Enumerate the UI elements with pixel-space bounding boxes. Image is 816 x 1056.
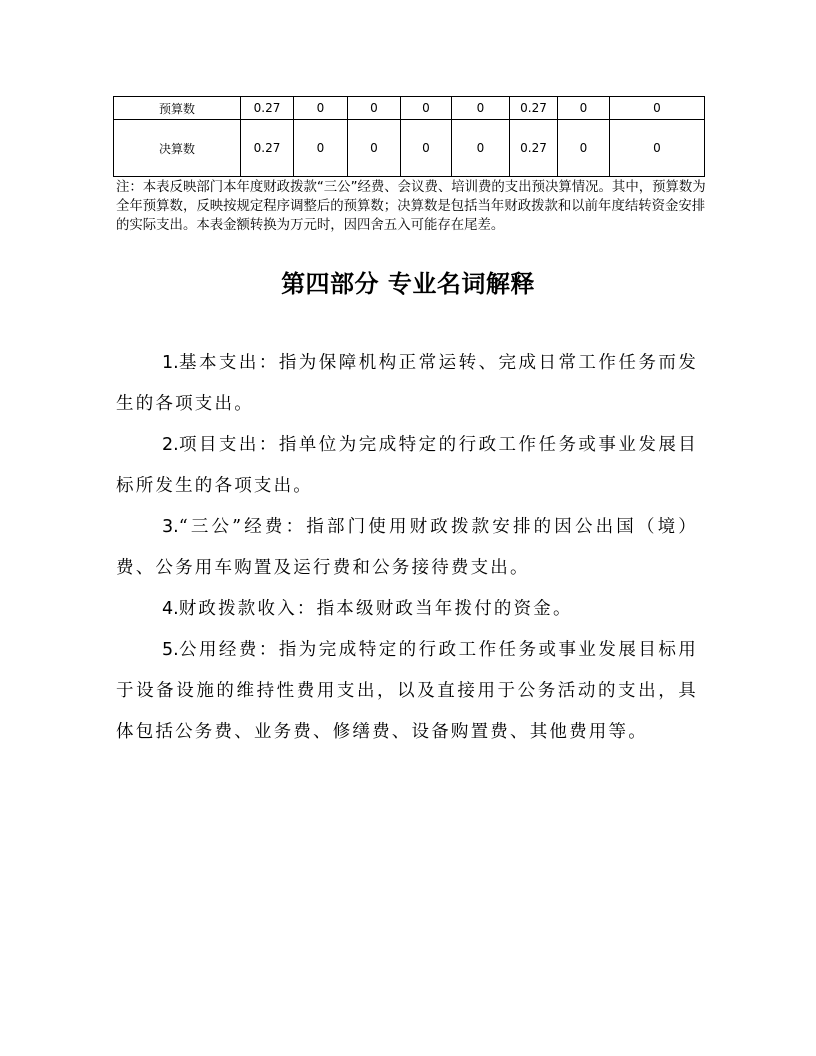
term-number: 3.: [162, 517, 179, 537]
term-basic-expenditure: 1.基本支出：指为保障机构正常运转、完成日常工作任务而发生的各项支出。: [116, 343, 698, 425]
term-project-expenditure: 2.项目支出：指单位为完成特定的行政工作任务或事业发展目标所发生的各项支出。: [116, 425, 698, 507]
table-row-budget: 预算数 0.27 0 0 0 0 0.27 0 0: [114, 97, 705, 120]
table-cell: 0: [294, 120, 348, 177]
table-cell: 0.27: [241, 97, 294, 120]
table-cell: 0: [348, 120, 401, 177]
term-text: 公用经费：指为完成特定的行政工作任务或事业发展目标用于设备设施的维持性费用支出，…: [116, 640, 698, 742]
term-three-public-expenses: 3.“三公”经费：指部门使用财政拨款安排的因公出国（境）费、公务用车购置及运行费…: [116, 507, 698, 589]
term-number: 4.: [162, 599, 179, 619]
term-public-funds: 5.公用经费：指为完成特定的行政工作任务或事业发展目标用于设备设施的维持性费用支…: [116, 630, 698, 753]
row-label: 预算数: [114, 97, 241, 120]
term-definitions: 1.基本支出：指为保障机构正常运转、完成日常工作任务而发生的各项支出。 2.项目…: [116, 343, 698, 753]
table-cell: 0: [348, 97, 401, 120]
document-page: 预算数 0.27 0 0 0 0 0.27 0 0 决算数 0.27 0 0 0…: [0, 0, 816, 1056]
table-cell: 0: [401, 97, 452, 120]
term-number: 5.: [162, 640, 179, 660]
section-title: 第四部分 专业名词解释: [0, 264, 816, 299]
term-number: 1.: [162, 353, 179, 373]
term-text: 项目支出：指单位为完成特定的行政工作任务或事业发展目标所发生的各项支出。: [116, 435, 698, 496]
table-cell: 0: [610, 120, 705, 177]
term-text: 财政拨款收入：指本级财政当年拨付的资金。: [179, 599, 573, 619]
table-cell: 0: [558, 120, 610, 177]
table-cell: 0: [452, 120, 510, 177]
term-fiscal-appropriation-income: 4.财政拨款收入：指本级财政当年拨付的资金。: [116, 589, 698, 630]
table-row-final: 决算数 0.27 0 0 0 0 0.27 0 0: [114, 120, 705, 177]
three-public-expenses-table: 预算数 0.27 0 0 0 0 0.27 0 0 决算数 0.27 0 0 0…: [113, 96, 705, 177]
term-number: 2.: [162, 435, 179, 455]
table-cell: 0: [401, 120, 452, 177]
table-cell: 0: [558, 97, 610, 120]
table-cell: 0: [294, 97, 348, 120]
table-note: 注：本表反映部门本年度财政拨款“三公”经费、会议费、培训费的支出预决算情况。其中…: [116, 178, 706, 235]
table-cell: 0.27: [510, 97, 558, 120]
term-text: “三公”经费：指部门使用财政拨款安排的因公出国（境）费、公务用车购置及运行费和公…: [116, 517, 698, 578]
table-cell: 0: [452, 97, 510, 120]
table-cell: 0: [610, 97, 705, 120]
term-text: 基本支出：指为保障机构正常运转、完成日常工作任务而发生的各项支出。: [116, 353, 698, 414]
row-label: 决算数: [114, 120, 241, 177]
table-cell: 0.27: [510, 120, 558, 177]
table-cell: 0.27: [241, 120, 294, 177]
